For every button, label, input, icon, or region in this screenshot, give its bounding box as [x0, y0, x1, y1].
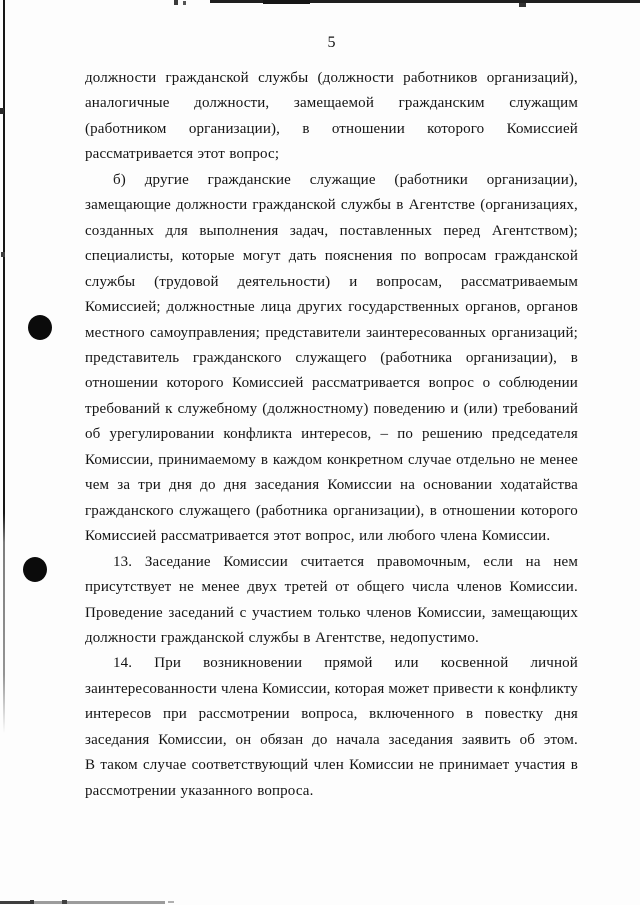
word: органов — [526, 295, 577, 320]
word: рассмотрении — [85, 779, 176, 804]
word: отношении — [442, 499, 515, 524]
word: правомочным, — [377, 550, 471, 575]
word: (организациях, — [480, 193, 578, 218]
word: (работником — [85, 117, 167, 142]
word: должности — [85, 66, 156, 91]
word: служащего — [295, 346, 366, 371]
word: к — [497, 677, 504, 702]
word: для — [165, 219, 187, 244]
word: по — [397, 422, 413, 447]
word: гражданские — [208, 168, 291, 193]
scan-speck — [0, 108, 4, 114]
word: – — [381, 422, 389, 447]
word: возникновении — [203, 651, 302, 676]
word: об — [520, 728, 535, 753]
text-line: Комиссией;должностныелицадругихгосударст… — [85, 295, 578, 320]
word: замещающие — [85, 193, 171, 218]
word: в — [396, 193, 403, 218]
text-line: Комиссии,принимаемомувкаждомконкретномсл… — [85, 448, 578, 473]
word: заседания — [255, 473, 319, 498]
word: представители — [265, 321, 360, 346]
scan-speck — [1, 252, 5, 257]
word: должности, — [194, 91, 269, 116]
word: недопустимо. — [390, 626, 479, 651]
word: Комиссии, — [417, 601, 485, 626]
word: (должности — [318, 66, 394, 91]
word: члена — [440, 524, 477, 549]
text-line: присутствуетнеменеедвухтретейотобщегочис… — [85, 575, 578, 600]
text-line: обурегулированииконфликтаинтересов,–поре… — [85, 422, 578, 447]
word: при — [163, 702, 187, 727]
word: в — [303, 626, 310, 651]
word: местного — [85, 321, 145, 346]
word: он — [236, 728, 252, 753]
word: чем — [85, 473, 109, 498]
word: начала — [336, 728, 379, 753]
word: Комиссии — [223, 550, 288, 575]
text-line: 14.Привозникновениипрямойиликосвеннойлич… — [85, 651, 578, 676]
word: в — [430, 499, 437, 524]
word: службы — [341, 193, 391, 218]
word: общего — [357, 575, 405, 600]
word: до — [312, 728, 327, 753]
word: служащим — [509, 91, 578, 116]
text-line: отношениикоторогоКомиссиейрассматриваетс… — [85, 371, 578, 396]
text-line: интересовприрассмотрениивопроса,включенн… — [85, 702, 578, 727]
text-line: местногосамоуправления;представителизаин… — [85, 321, 578, 346]
word: каждом — [273, 448, 322, 473]
word: указанного — [181, 779, 253, 804]
word: которого — [521, 499, 578, 524]
word: которого — [167, 371, 224, 396]
word: пояснения — [325, 244, 393, 269]
word: на — [400, 473, 415, 498]
word: считается — [301, 550, 365, 575]
scan-speck — [168, 901, 174, 903]
word: должности — [85, 626, 156, 651]
word: или — [395, 651, 419, 676]
word: службы — [258, 66, 308, 91]
word: этот — [198, 142, 225, 167]
word: решению — [422, 422, 483, 447]
word: член — [314, 753, 344, 778]
word: ходатайства — [500, 473, 578, 498]
word: поведению — [373, 397, 445, 422]
word: 13. — [113, 550, 132, 575]
word: не — [179, 575, 194, 600]
word: 14. — [113, 651, 132, 676]
word: гражданской — [495, 244, 578, 269]
word: (работники — [394, 168, 468, 193]
word: в — [302, 117, 309, 142]
word: Комиссии, — [85, 448, 153, 473]
word: организаций; — [491, 321, 578, 346]
text-line: рассмотренииуказанноговопроса. — [85, 779, 578, 804]
text-line: (работникоморганизации),вотношениикоторо… — [85, 117, 578, 142]
word: работников — [403, 66, 477, 91]
word: б) — [113, 168, 126, 193]
word: заинтересованности — [85, 677, 217, 702]
word: не — [419, 753, 434, 778]
word: дня — [224, 473, 247, 498]
text-line: б)другиегражданскиеслужащие(работникиорг… — [85, 168, 578, 193]
word: этот — [274, 524, 301, 549]
word: Комиссией — [232, 371, 303, 396]
word: менее — [201, 575, 239, 600]
word: отдельно — [456, 448, 515, 473]
word: интересов — [85, 702, 151, 727]
word: члена — [221, 677, 258, 702]
word: основании — [423, 473, 492, 498]
word: гражданской — [161, 626, 244, 651]
word: организации), — [487, 168, 578, 193]
word: в — [571, 346, 578, 371]
text-line: аналогичныедолжности,замещаемойгражданск… — [85, 91, 578, 116]
word: привести — [433, 677, 493, 702]
word: соблюдении — [499, 371, 578, 396]
word: Комиссией; — [85, 295, 161, 320]
text-line: Проведениезаседанийсучастиемтолькочленов… — [85, 601, 578, 626]
text-line: ВтакомслучаесоответствующийчленКомиссиин… — [85, 753, 578, 778]
word: самоуправления; — [150, 321, 260, 346]
word: гражданской — [252, 193, 335, 218]
scan-bottom-edge-artifact — [0, 901, 32, 904]
word: Комиссии, — [262, 677, 330, 702]
word: специалисты, — [85, 244, 174, 269]
word: прямой — [324, 651, 372, 676]
word: замещающих — [491, 601, 578, 626]
word: членов — [366, 601, 411, 626]
word: заявить — [462, 728, 511, 753]
word: могут — [243, 244, 281, 269]
word: присутствует — [85, 575, 171, 600]
word: выполнения — [199, 219, 278, 244]
word: до — [200, 473, 215, 498]
word: конфликта — [223, 422, 292, 447]
word: в — [261, 448, 268, 473]
word: отношении — [85, 371, 158, 396]
text-line: представительгражданскогослужащего(работ… — [85, 346, 578, 371]
word: об — [85, 422, 100, 447]
word: участием — [252, 601, 312, 626]
word: может — [388, 677, 429, 702]
word: требований — [85, 397, 160, 422]
word: Комиссии, — [158, 728, 226, 753]
word: в — [571, 753, 578, 778]
word: вопросам, — [376, 270, 442, 295]
scan-bottom-edge-artifact — [32, 901, 165, 904]
word: от — [335, 575, 349, 600]
word: рассматривается — [85, 142, 193, 167]
word: организации), — [466, 346, 557, 371]
word: дня — [555, 702, 578, 727]
word: Комиссией — [85, 524, 156, 549]
word: отношении — [332, 117, 405, 142]
scan-speck — [30, 900, 34, 904]
word: и — [349, 270, 357, 295]
word: за — [117, 473, 130, 498]
word: дать — [289, 244, 317, 269]
word: которые — [182, 244, 235, 269]
page-number: 5 — [85, 34, 578, 52]
word: интересов, — [301, 422, 371, 447]
word: о — [483, 371, 491, 396]
word: органов, — [465, 295, 520, 320]
word: вопрос; — [229, 142, 279, 167]
word: (или) — [464, 397, 498, 422]
document-body: должностигражданскойслужбы(должностирабо… — [85, 66, 578, 804]
text-line: должностигражданскойслужбывАгентстве,нед… — [85, 626, 578, 651]
word: гражданского — [85, 499, 174, 524]
word: рассматриваемым — [461, 270, 578, 295]
word: конфликту — [509, 677, 578, 702]
word: служащие — [310, 168, 376, 193]
word: организаций), — [487, 66, 578, 91]
word: принимаемому — [158, 448, 256, 473]
word: заседания — [85, 728, 149, 753]
scan-speck — [183, 1, 186, 5]
word: (работника — [380, 346, 452, 371]
word: вопрос, — [305, 524, 354, 549]
word: Агентстве — [409, 193, 475, 218]
word: Комиссии — [349, 753, 414, 778]
word: включенного — [369, 702, 454, 727]
word: Агентстве, — [315, 626, 385, 651]
word: заседаний — [168, 601, 234, 626]
word: если — [483, 550, 513, 575]
word: вопрос — [429, 371, 474, 396]
word: аналогичные — [85, 91, 170, 116]
word: Комиссии — [327, 473, 392, 498]
text-line: созданныхдлявыполнениязадач,поставленных… — [85, 219, 578, 244]
word: дня — [169, 473, 192, 498]
word: рассмотрении — [199, 702, 290, 727]
word: лица — [261, 295, 292, 320]
word: другие — [145, 168, 189, 193]
word: которая — [335, 677, 385, 702]
word: три — [138, 473, 161, 498]
hole-punch-mark — [23, 557, 47, 582]
word: Комиссии. — [509, 575, 577, 600]
text-line: службы(трудовойдеятельности)ивопросам,ра… — [85, 270, 578, 295]
word: перед — [443, 219, 480, 244]
word: или — [359, 524, 383, 549]
word: рассматривается — [161, 524, 269, 549]
word: В — [85, 753, 95, 778]
word: принимает — [439, 753, 509, 778]
text-line: заинтересованностичленаКомиссии,котораям… — [85, 677, 578, 702]
word: организации), — [333, 499, 424, 524]
word: Агентством); — [492, 219, 578, 244]
word: Комиссии. — [482, 524, 550, 549]
word: членов — [457, 575, 502, 600]
word: рассматривается — [312, 371, 420, 396]
word: заинтересованных — [366, 321, 486, 346]
word: на — [526, 550, 541, 575]
text-line: гражданскогослужащего(работникаорганизац… — [85, 499, 578, 524]
word: нем — [553, 550, 578, 575]
word: должностные — [167, 295, 255, 320]
word: созданных — [85, 219, 154, 244]
text-line: рассматриваетсяэтотвопрос; — [85, 142, 578, 167]
word: с — [240, 601, 247, 626]
scan-speck — [174, 0, 178, 5]
text-line: замещающиедолжностигражданскойслужбывАге… — [85, 193, 578, 218]
word: замещаемой — [294, 91, 374, 116]
word: этом. — [544, 728, 578, 753]
word: Заседание — [145, 550, 211, 575]
word: и — [450, 397, 458, 422]
word: деятельности) — [238, 270, 331, 295]
word: случае — [408, 448, 451, 473]
word: задач, — [290, 219, 328, 244]
word: (должностному) — [262, 397, 368, 422]
word: которого — [427, 117, 484, 142]
text-line: должностигражданскойслужбы(должностирабо… — [85, 66, 578, 91]
word: третей — [285, 575, 328, 600]
word: Проведение — [85, 601, 163, 626]
text-line: Комиссиейрассматриваетсяэтотвопрос,илилю… — [85, 524, 578, 549]
word: урегулировании — [109, 422, 214, 447]
word: числа — [412, 575, 449, 600]
word: служащего — [179, 499, 250, 524]
word: государственных — [348, 295, 459, 320]
word: представитель — [85, 346, 179, 371]
word: в — [466, 702, 473, 727]
word: по — [401, 244, 417, 269]
word: гражданского — [193, 346, 282, 371]
word: только — [318, 601, 361, 626]
word: требований — [503, 397, 578, 422]
text-line: заседанияКомиссии,онобязандоначалазаседа… — [85, 728, 578, 753]
word: При — [154, 651, 181, 676]
word: случае — [143, 753, 186, 778]
scan-speck — [62, 900, 67, 904]
word: служебному — [178, 397, 258, 422]
word: организации), — [189, 117, 280, 142]
word: вопроса. — [257, 779, 313, 804]
scan-speck — [519, 3, 526, 7]
word: любого — [388, 524, 436, 549]
word: должности — [176, 193, 247, 218]
word: менее — [540, 448, 578, 473]
word: к — [165, 397, 172, 422]
word: не — [520, 448, 535, 473]
word: других — [297, 295, 342, 320]
text-line: специалисты,которыемогутдатьпоясненияпов… — [85, 244, 578, 269]
word: соответствующий — [192, 753, 309, 778]
word: вопроса, — [301, 702, 357, 727]
word: вопросам — [424, 244, 486, 269]
word: службы — [85, 270, 135, 295]
text-line: 13.ЗаседаниеКомиссиисчитаетсяправомочным… — [85, 550, 578, 575]
word: (трудовой — [154, 270, 219, 295]
word: председателя — [492, 422, 578, 447]
word: службы — [249, 626, 299, 651]
text-line: чемзатриднядоднязаседанияКомиссиинаоснов… — [85, 473, 578, 498]
word: заседания — [389, 728, 453, 753]
word: косвенной — [441, 651, 509, 676]
scanned-page: 5 должностигражданскойслужбы(должностира… — [0, 0, 640, 905]
word: двух — [247, 575, 277, 600]
word: конкретном — [327, 448, 403, 473]
word: Комиссией — [507, 117, 578, 142]
word: гражданской — [166, 66, 249, 91]
scan-top-edge-artifact — [263, 0, 310, 4]
word: таком — [100, 753, 137, 778]
word: участия — [515, 753, 566, 778]
word: повестку — [485, 702, 544, 727]
hole-punch-mark — [28, 315, 52, 340]
word: поставленных — [340, 219, 432, 244]
text-line: требованийкслужебному(должностному)повед… — [85, 397, 578, 422]
word: обязан — [260, 728, 303, 753]
word: гражданским — [399, 91, 485, 116]
word: личной — [530, 651, 578, 676]
word: (работника — [256, 499, 328, 524]
